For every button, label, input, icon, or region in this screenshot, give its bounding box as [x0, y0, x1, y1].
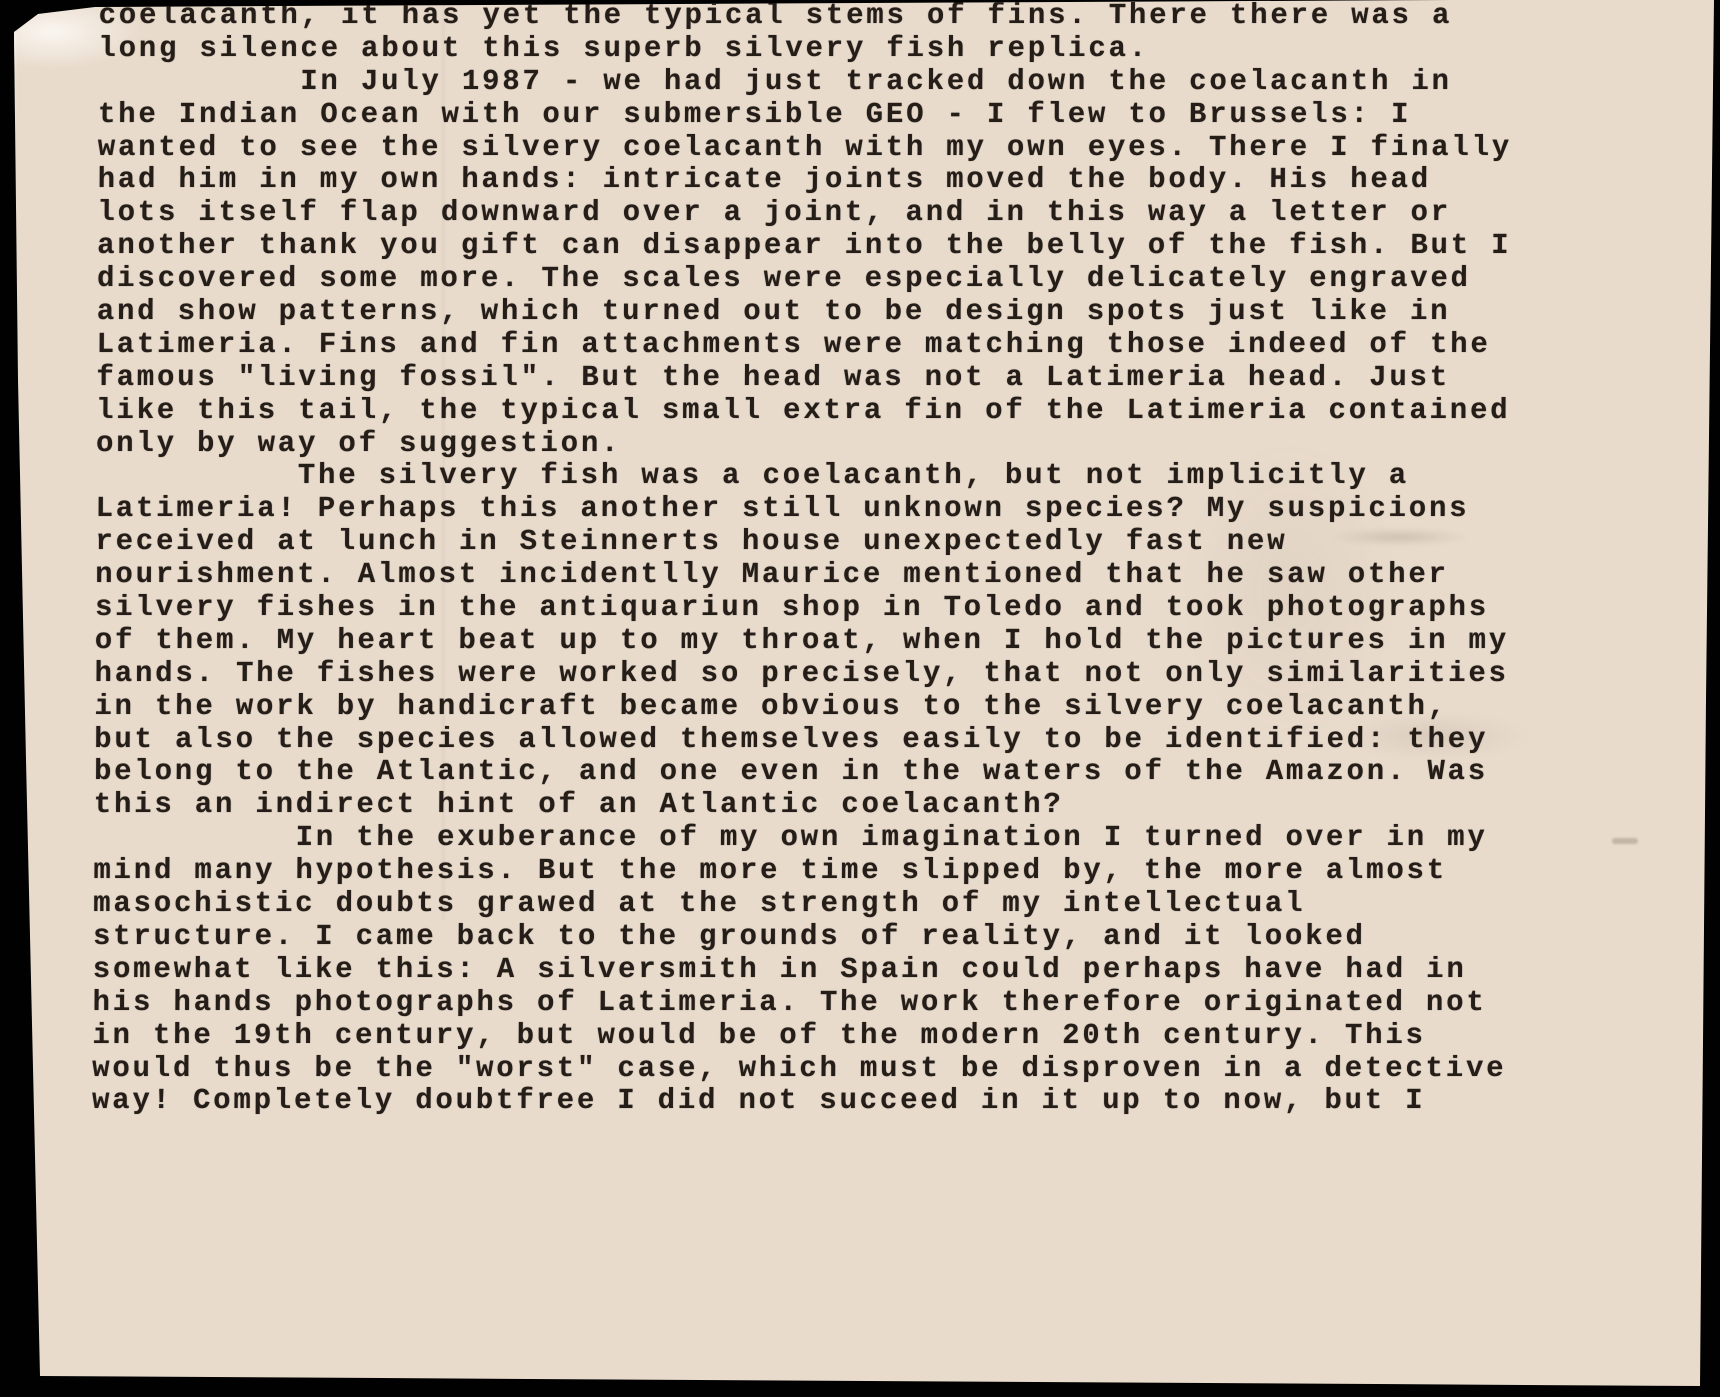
- paper-edge-highlight-bottom: [120, 1378, 1660, 1389]
- text-line: somewhat like this: A silversmith in Spa…: [93, 954, 1613, 987]
- text-line: silvery fishes in the antiquariun shop i…: [95, 592, 1615, 625]
- text-line: would thus be the "worst" case, which mu…: [92, 1053, 1612, 1086]
- paper-edge-highlight-left: [0, 22, 16, 1374]
- text-line: belong to the Atlantic, and one even in …: [94, 756, 1614, 789]
- text-line: in the work by handicraft became obvious…: [94, 691, 1614, 724]
- text-line: but also the species allowed themselves …: [94, 724, 1614, 757]
- text-line: hands. The fishes were worked so precise…: [95, 658, 1615, 691]
- text-line: long silence about this superb silvery f…: [98, 33, 1618, 66]
- text-line: way! Completely doubtfree I did not succ…: [92, 1085, 1612, 1118]
- text-line: structure. I came back to the grounds of…: [93, 921, 1613, 954]
- text-line: discovered some more. The scales were es…: [97, 263, 1617, 296]
- text-line: this an indirect hint of an Atlantic coe…: [94, 789, 1614, 822]
- text-line: Latimeria. Fins and fin attachments were…: [97, 329, 1617, 362]
- typewritten-text-block: coelacanth, it has yet the typical stems…: [92, 0, 1619, 1118]
- text-line: of them. My heart beat up to my throat, …: [95, 625, 1615, 658]
- text-line: received at lunch in Steinnerts house un…: [95, 526, 1615, 559]
- text-line: his hands photographs of Latimeria. The …: [92, 987, 1612, 1020]
- text-line: like this tail, the typical small extra …: [96, 395, 1616, 428]
- text-line: had him in my own hands: intricate joint…: [98, 164, 1618, 197]
- text-line: wanted to see the silvery coelacanth wit…: [98, 132, 1618, 165]
- paper-sheet: coelacanth, it has yet the typical stems…: [0, 0, 1720, 1397]
- text-line: In the exuberance of my own imagination …: [93, 822, 1613, 855]
- text-line: Latimeria! Perhaps this another still un…: [96, 493, 1616, 526]
- text-line: famous "living fossil". But the head was…: [96, 362, 1616, 395]
- text-line: mind many hypothesis. But the more time …: [93, 855, 1613, 888]
- text-line: only by way of suggestion.: [96, 428, 1616, 461]
- scan-background: coelacanth, it has yet the typical stems…: [0, 0, 1720, 1397]
- text-line: masochistic doubts grawed at the strengt…: [93, 888, 1613, 921]
- text-line: the Indian Ocean with our submersible GE…: [98, 99, 1618, 132]
- text-line: in the 19th century, but would be of the…: [92, 1020, 1612, 1053]
- text-line: lots itself flap downward over a joint, …: [97, 197, 1617, 230]
- text-line: nourishment. Almost incidentlly Maurice …: [95, 559, 1615, 592]
- text-line: and show patterns, which turned out to b…: [97, 296, 1617, 329]
- text-line: The silvery fish was a coelacanth, but n…: [96, 460, 1616, 493]
- bleed-through-smudge: [1612, 838, 1638, 844]
- text-line: In July 1987 - we had just tracked down …: [98, 66, 1618, 99]
- text-line: another thank you gift can disappear int…: [97, 230, 1617, 263]
- text-line: coelacanth, it has yet the typical stems…: [99, 0, 1619, 33]
